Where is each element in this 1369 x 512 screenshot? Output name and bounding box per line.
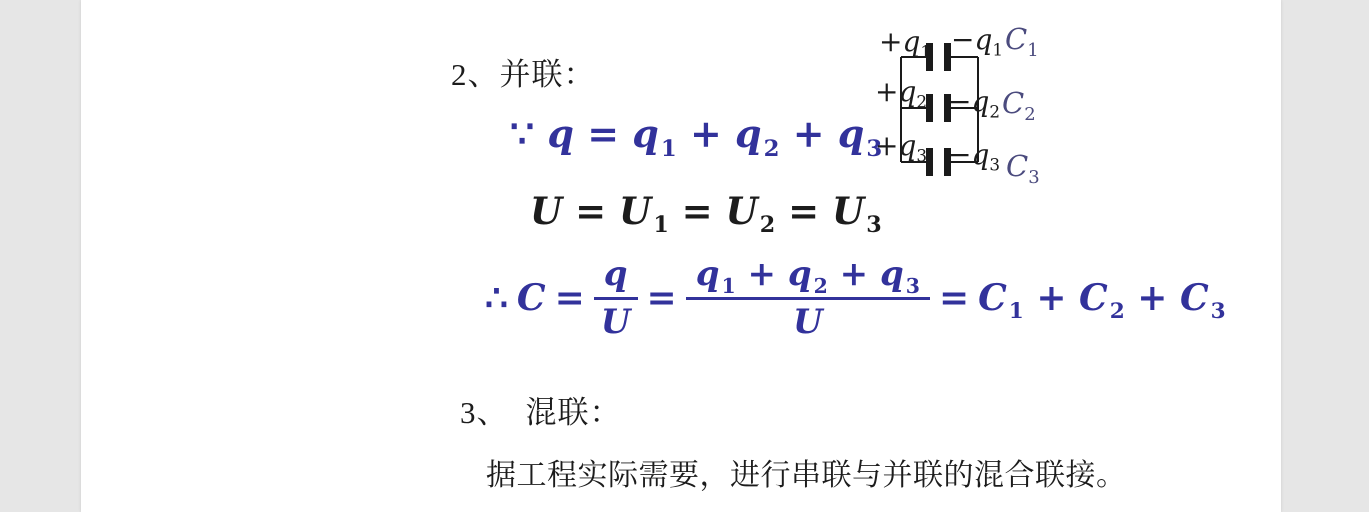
charge-label-plus-q3: +q3	[875, 129, 927, 162]
page-background: 2、并联： ∵ q = q1 + q2 + q3 U = U1 = U2 = U…	[0, 0, 1369, 512]
equals-sign: =	[939, 277, 969, 319]
fraction-q-over-U: q U	[594, 254, 638, 342]
section-parallel-heading: 2、并联：	[451, 49, 596, 94]
eq-voltage-part: = U	[775, 189, 864, 233]
charge-label-minus-q1: −q1	[951, 23, 1003, 56]
charge-label-plus-q1: +q1	[879, 25, 931, 58]
equals-sign: =	[647, 277, 677, 319]
eq-cap-rhs: C1 + C2 + C3	[978, 277, 1226, 319]
charge-label-minus-q3: −q3	[948, 138, 1000, 171]
equation-voltage-equal: U = U1 = U2 = U3	[530, 189, 882, 233]
charge-label-minus-q2: −q2	[948, 85, 1000, 118]
capacitor-label-c1: C1	[1005, 22, 1039, 56]
fraction-numerator: q	[594, 254, 638, 300]
subscript: 2	[760, 212, 775, 238]
eq-charge-part: + q	[780, 111, 865, 156]
eq-charge-part: + q	[677, 111, 762, 156]
section-mixed-label: 混联：	[526, 395, 622, 430]
capacitor-label-c2: C2	[1002, 86, 1036, 120]
fraction-denominator: U	[601, 300, 631, 342]
subscript: 2	[764, 136, 780, 162]
because-symbol: ∵	[510, 111, 534, 156]
subscript: 1	[661, 136, 677, 162]
therefore-symbol: ∴	[485, 277, 508, 319]
eq-charge-part: q = q	[547, 111, 658, 156]
mixed-connection-description: 据工程实际需要，进行串联与并联的混合联接。	[486, 450, 1127, 494]
charge-label-plus-q2: +q2	[875, 75, 927, 108]
equation-capacitance-sum: ∴ C = q U = q1 + q2 + q3 U = C1 + C2 + C…	[485, 254, 1226, 342]
capacitor-label-c3: C3	[1006, 149, 1040, 183]
eq-cap-lhs: C	[517, 277, 546, 319]
eq-voltage-part: = U	[669, 189, 758, 233]
section-mixed-heading: 3、混联：	[460, 387, 622, 432]
subscript: 1	[653, 212, 668, 238]
fraction-denominator: U	[793, 300, 823, 342]
fraction-qsum-over-U: q1 + q2 + q3 U	[686, 254, 930, 342]
eq-voltage-part: U = U	[530, 189, 651, 233]
slide-canvas: 2、并联： ∵ q = q1 + q2 + q3 U = U1 = U2 = U…	[81, 0, 1281, 512]
subscript: 3	[866, 212, 881, 238]
equation-charge-sum: ∵ q = q1 + q2 + q3	[510, 111, 882, 156]
equals-sign: =	[555, 277, 585, 319]
section-mixed-number: 3、	[460, 395, 509, 430]
fraction-numerator: q1 + q2 + q3	[686, 254, 930, 300]
